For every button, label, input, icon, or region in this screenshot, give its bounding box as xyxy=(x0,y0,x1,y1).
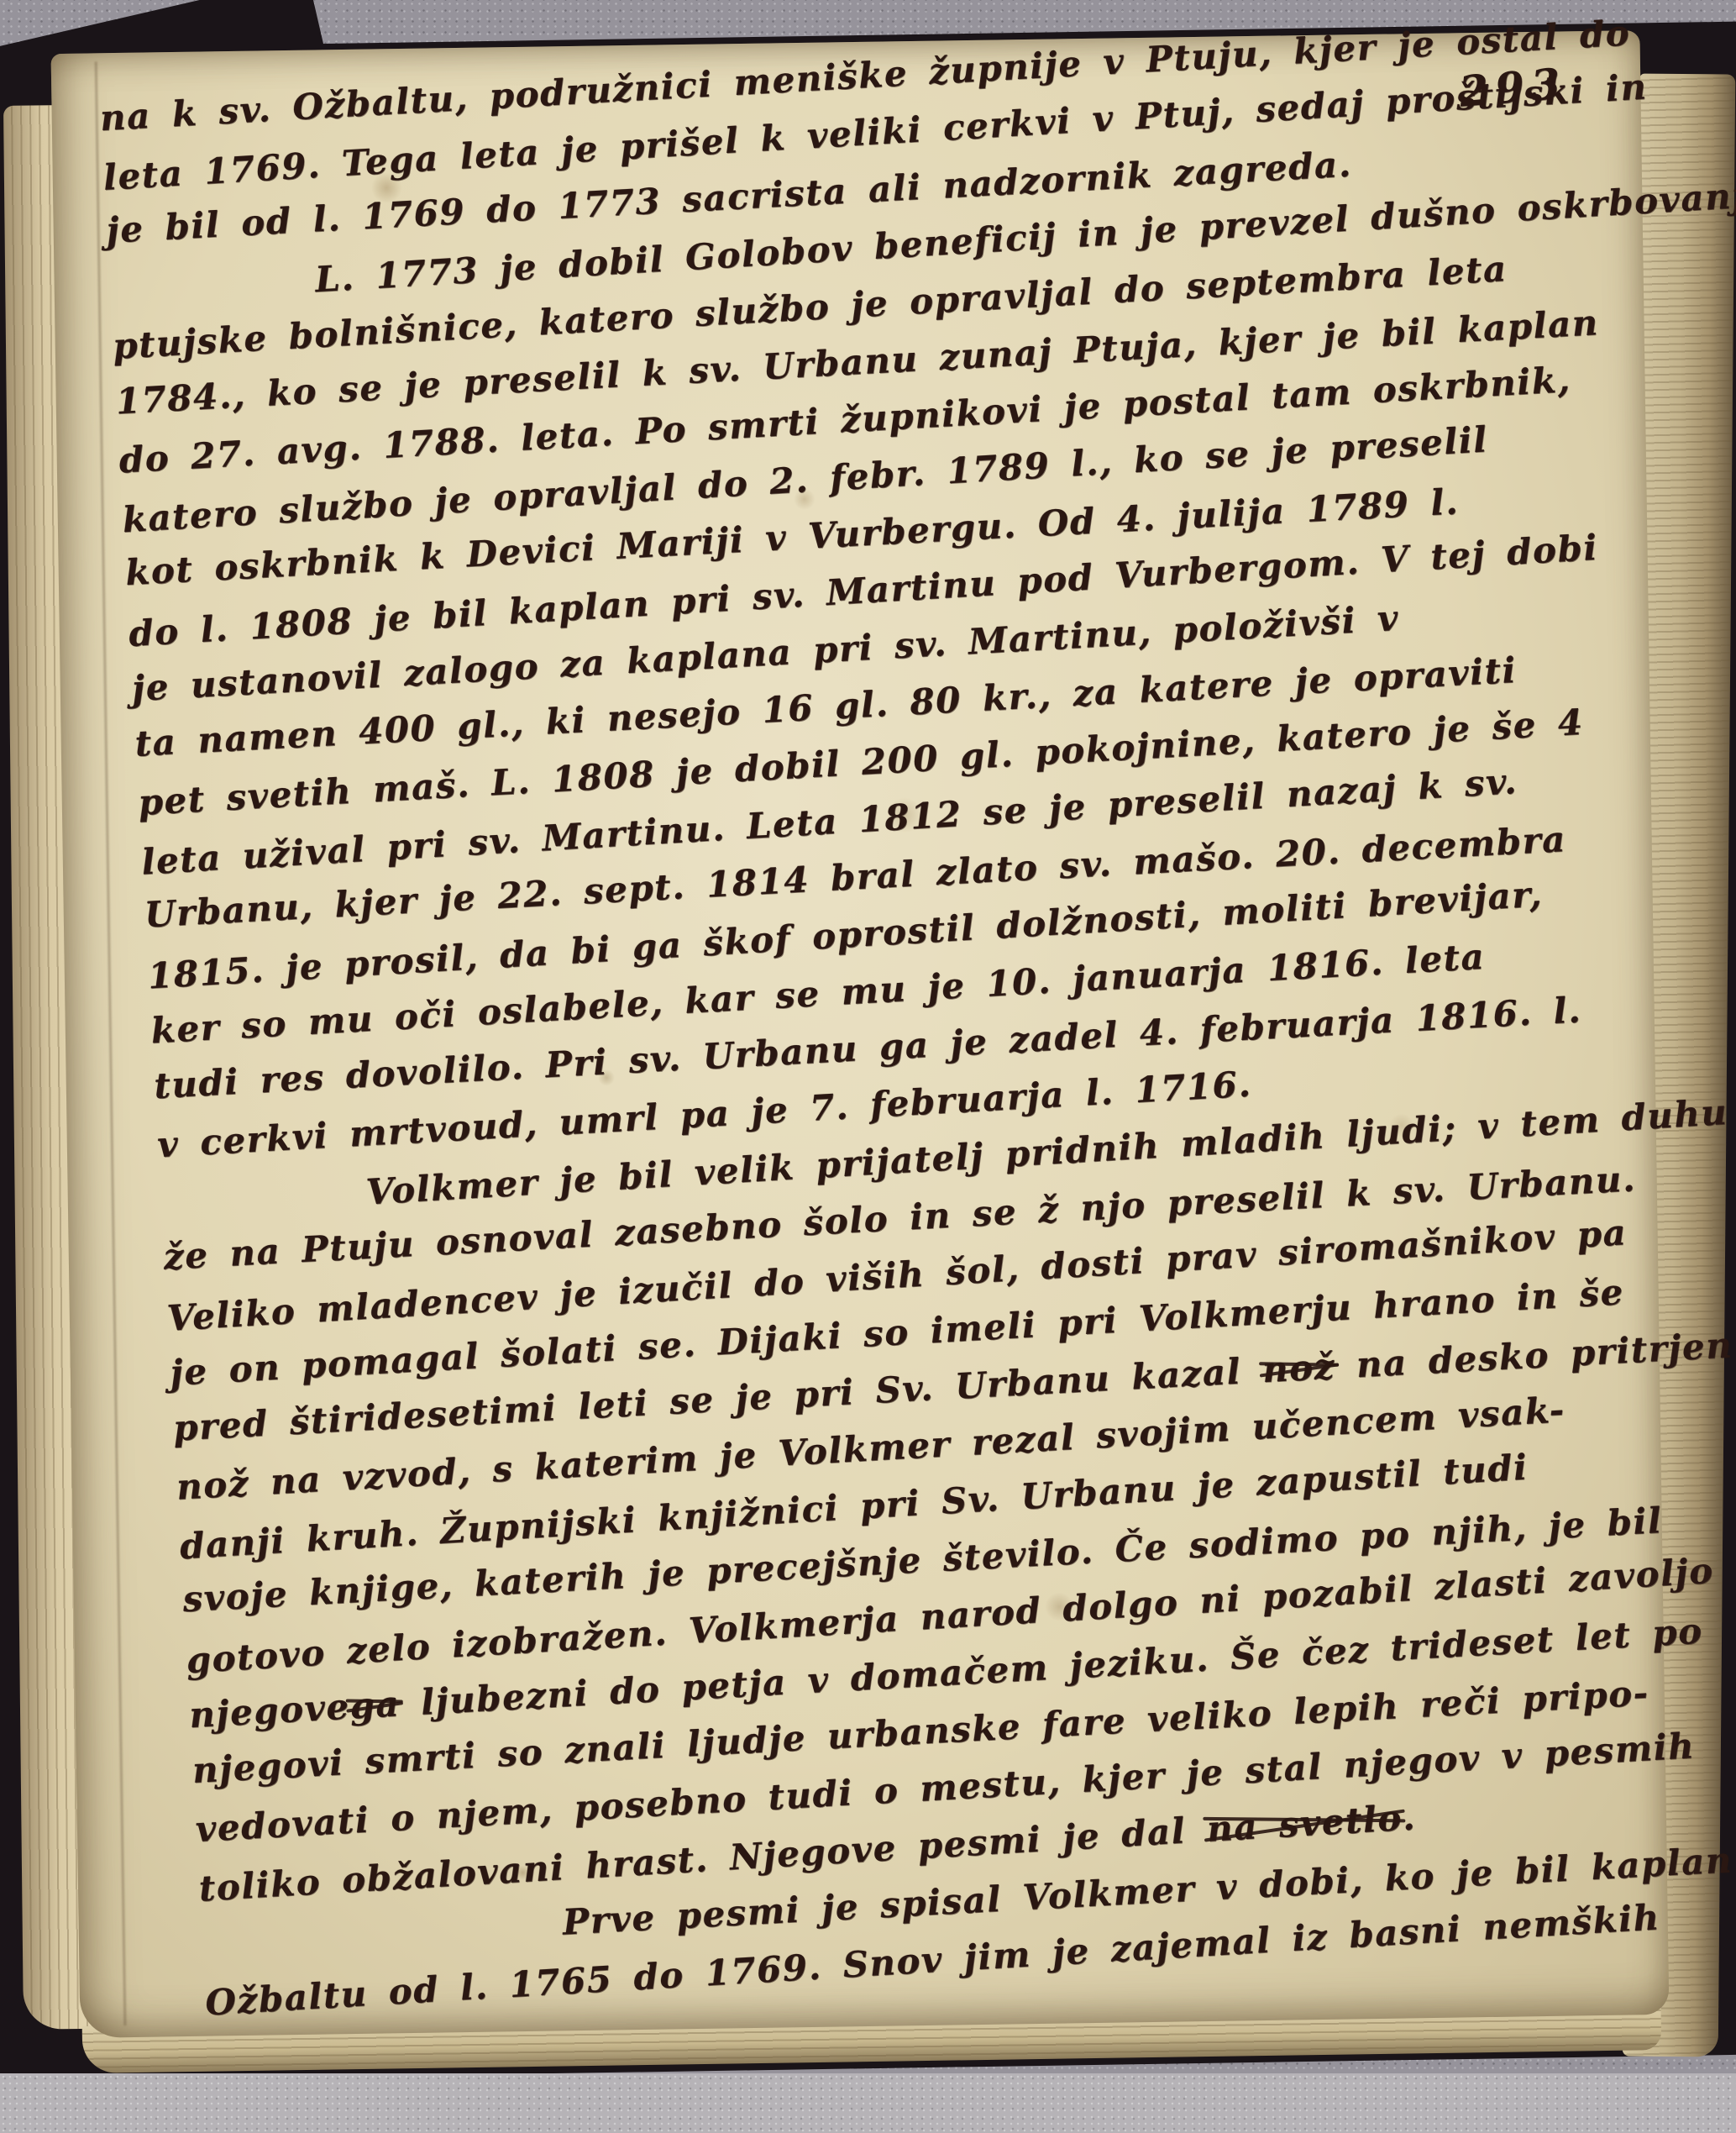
text-segment: njegove xyxy=(188,1686,351,1736)
manuscript-text: na k sv. Ožbaltu, podružnici meniške žup… xyxy=(98,5,1728,2030)
struck-text: nož xyxy=(1261,1338,1336,1400)
manuscript-photo: 293 na k sv. Ožbaltu, podružnici meniške… xyxy=(0,0,1736,2133)
struck-text: ga xyxy=(349,1675,401,1735)
struck-text: na svetlo xyxy=(1205,1789,1404,1858)
page-number: 293 xyxy=(1457,58,1569,117)
table-surface-bottom xyxy=(0,2073,1736,2133)
text-segment: . xyxy=(1401,1796,1417,1838)
manuscript-page: 293 na k sv. Ožbaltu, podružnici meniške… xyxy=(51,30,1670,2038)
